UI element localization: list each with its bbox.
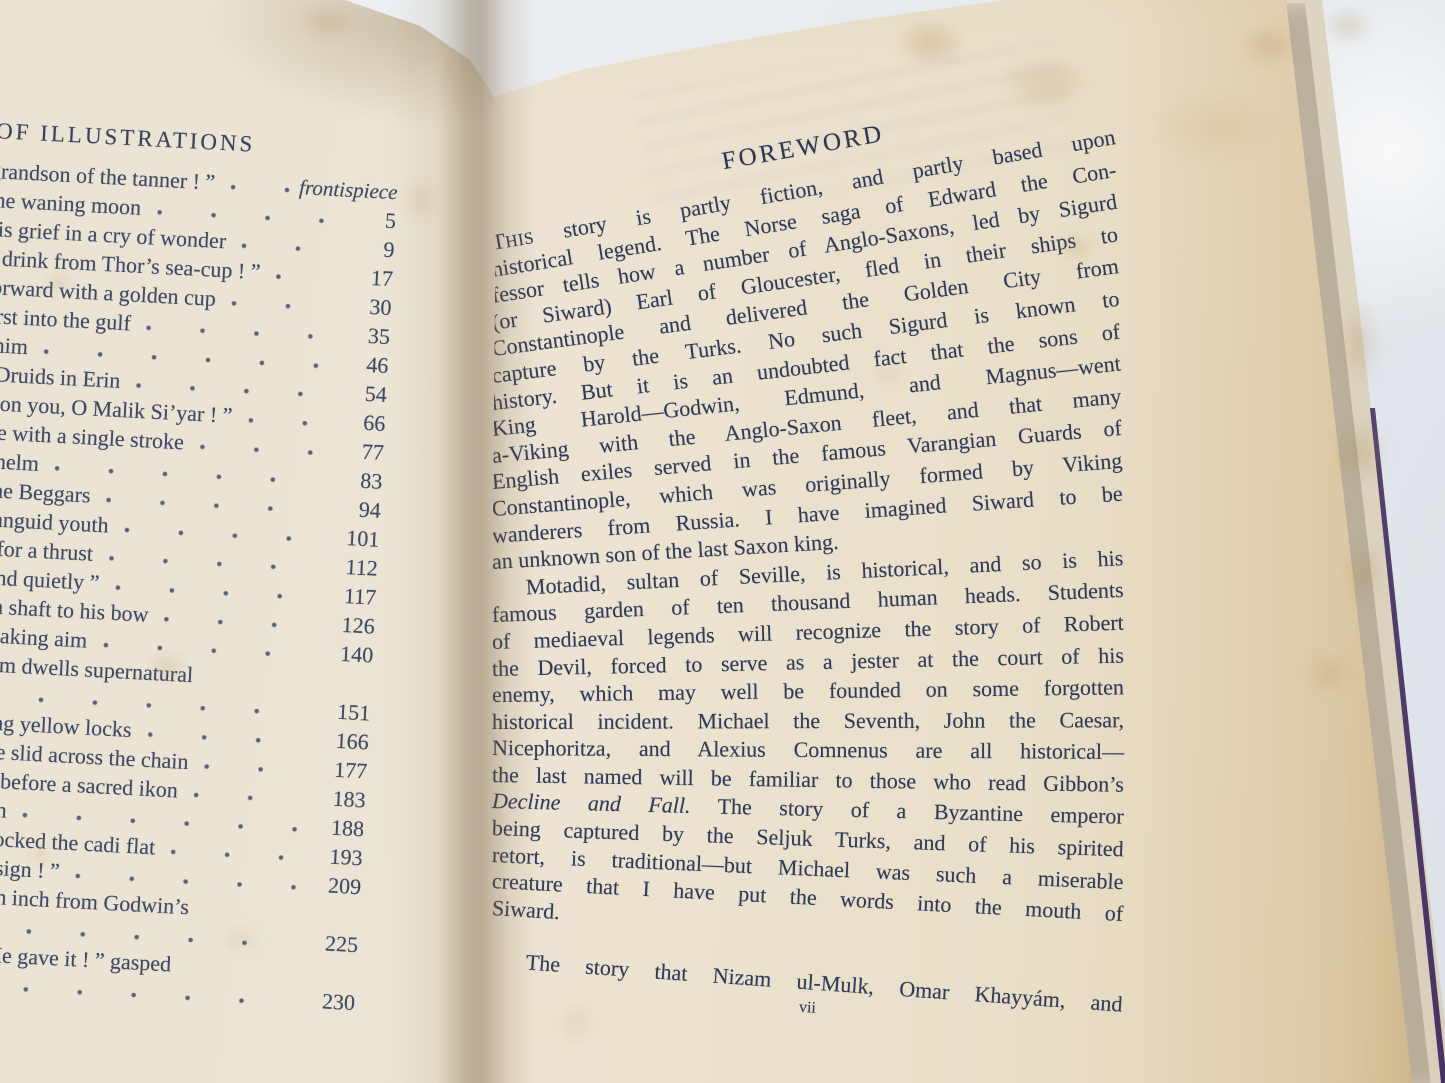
entry-page-number: 30 — [337, 292, 398, 321]
dot-leader — [115, 585, 312, 601]
illustrations-list: grandson of the tanner ! ”frontispieceth… — [0, 158, 404, 1020]
body-text: historical incident. Michael the Seventh… — [492, 707, 1124, 734]
entry-page-number: 225 — [303, 929, 364, 958]
entry-page-number: 83 — [328, 466, 389, 495]
left-page-content: OF ILLUSTRATIONS grandson of the tanner … — [0, 96, 407, 1041]
entry-page-number: 166 — [314, 727, 375, 756]
entry-caption: th, taking aim — [0, 621, 88, 653]
dot-leader — [248, 418, 321, 428]
entry-caption: is helm — [0, 448, 40, 477]
entry-page-number: 46 — [334, 350, 395, 379]
dot-leader — [204, 764, 303, 775]
entry-page-number: 77 — [329, 437, 390, 466]
entry-caption: ne a sign ! ” — [0, 853, 60, 885]
entry-page-number: 54 — [332, 379, 393, 408]
entry-caption: douin — [0, 795, 7, 824]
dot-leader — [276, 274, 329, 283]
dot-leader — [103, 642, 309, 659]
body-text: Siward. — [491, 895, 560, 924]
dot-leader — [109, 556, 314, 573]
right-page-content: FOREWORD THIS story is partly fiction, a… — [492, 120, 1124, 998]
dot-leader — [146, 325, 326, 340]
entry-page-number: 140 — [319, 640, 380, 669]
entry-page-number: frontispiece — [299, 175, 405, 205]
dot-leader — [231, 301, 327, 312]
dot-leader — [199, 444, 319, 456]
dot-leader — [0, 984, 291, 1007]
entry-page-number: 188 — [310, 814, 371, 843]
entry-page-number: 183 — [311, 785, 372, 814]
entry-page-number: 209 — [306, 871, 367, 900]
entry-page-number: 17 — [338, 263, 399, 292]
entry-page-number: 101 — [325, 524, 386, 553]
foreword-line: Nicephoritza, and Alexius Comnenus are a… — [492, 735, 1124, 766]
entry-caption: r him — [0, 332, 29, 360]
foreword-line: historical incident. Michael the Seventh… — [492, 707, 1124, 735]
entry-page-number: 94 — [326, 495, 387, 524]
entry-page-number: 151 — [316, 698, 377, 727]
entry-caption: f the Beggars — [0, 476, 91, 508]
open-book-photo: OF ILLUSTRATIONS grandson of the tanner … — [0, 0, 1445, 1083]
entry-page-number: 193 — [308, 843, 369, 872]
italic-title-text: Decline and Fall. — [492, 788, 691, 818]
entry-caption: ne for a thrust — [0, 534, 94, 566]
dot-leader — [157, 210, 332, 225]
entry-page-number: 35 — [335, 321, 396, 350]
dot-leader — [242, 243, 331, 254]
entry-page-number: 5 — [341, 205, 402, 234]
entry-page-number: 66 — [331, 408, 392, 437]
entry-page-number: 117 — [322, 582, 383, 611]
dot-leader — [136, 383, 323, 399]
dot-leader — [124, 527, 315, 543]
dot-leader — [75, 873, 297, 891]
entry-page-number: 126 — [320, 611, 381, 640]
entry-page-number: 177 — [313, 756, 374, 785]
entry-page-number: 230 — [300, 987, 361, 1016]
entry-page-number: 9 — [340, 234, 401, 263]
body-text: HIS — [504, 228, 536, 252]
body-text: Nicephoritza, and Alexius Comnenus are a… — [492, 735, 1124, 764]
dot-leader — [147, 732, 305, 746]
dot-leader — [164, 617, 311, 631]
entry-page-number: 112 — [323, 553, 384, 582]
foreword-body: THIS story is partly fiction, and partly… — [492, 230, 1124, 974]
dot-leader — [231, 185, 289, 194]
dot-leader — [193, 792, 301, 804]
dot-leader — [171, 849, 299, 862]
dot-leader — [106, 497, 317, 514]
